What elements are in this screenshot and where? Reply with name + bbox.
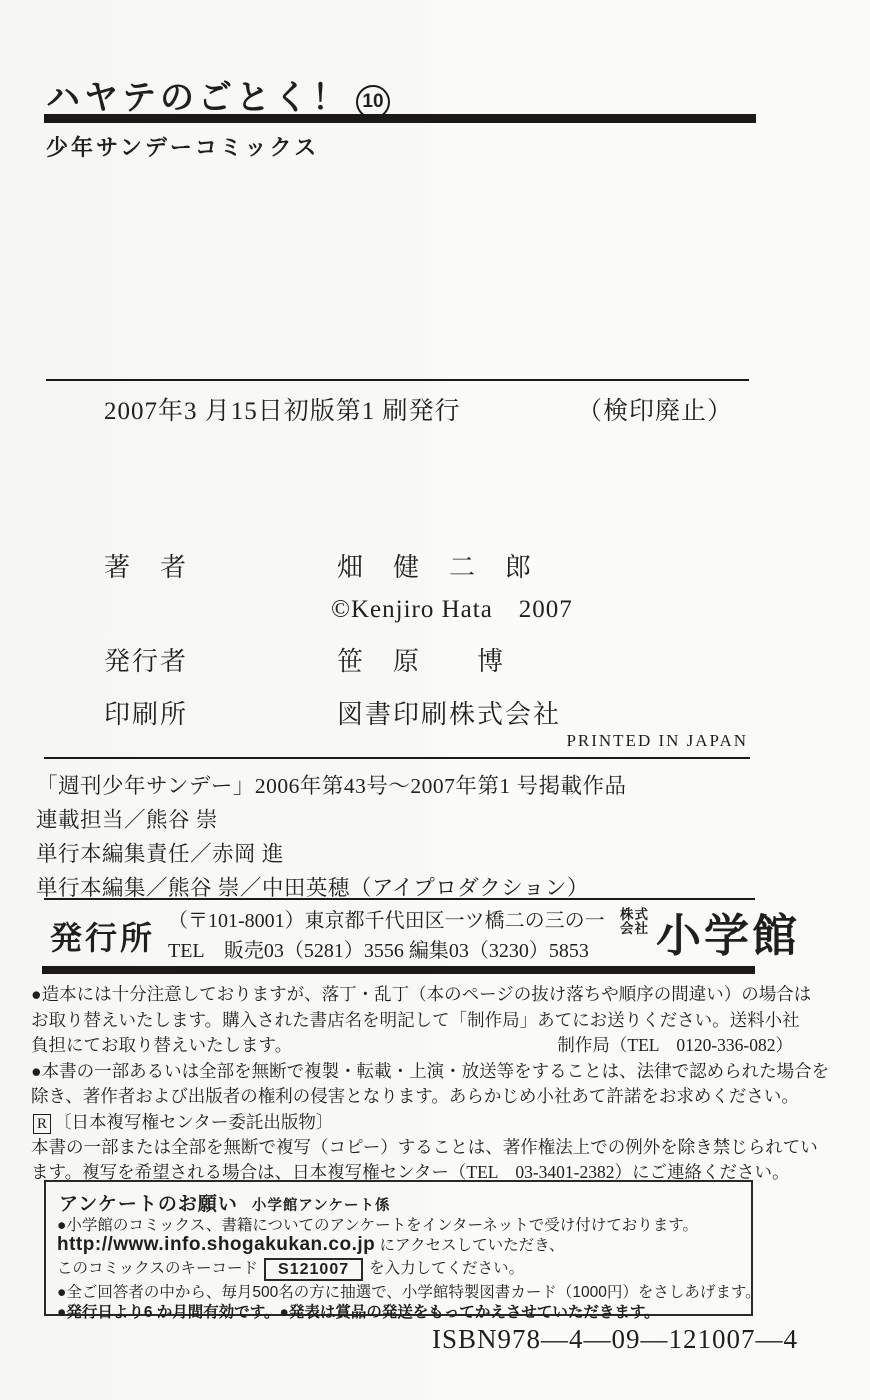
edition-note: （検印廃止）	[577, 391, 733, 427]
notice-copyright-line1: ●本書の一部あるいは全部を無断で複製・転載・上演・放送等をすることは、法律で認め…	[31, 1058, 829, 1083]
survey-intro-line: ●小学館のコミックス、書籍についてのアンケートをインターネットで受け付けておりま…	[57, 1213, 698, 1235]
corporation-type: 株式 会社	[620, 908, 649, 935]
colophon-page: ハヤテのごとく！10 少年サンデーコミックス 2007年3 月15日初版第1 刷…	[0, 0, 870, 1400]
serialization-line: 連載担当／熊谷 崇	[36, 803, 218, 834]
printer-name: 図書印刷株式会社	[337, 694, 561, 731]
series-label: 少年サンデーコミックス	[46, 131, 319, 162]
survey-title: アンケートのお願い	[59, 1194, 238, 1215]
survey-keycode-suffix: を入力してください。	[369, 1260, 524, 1277]
publisher-address: （〒101-8001）東京都千代田区一ツ橋二の三の一	[168, 904, 605, 933]
registered-r-box-icon: R	[33, 1114, 51, 1134]
notice-binding-line2: お取り替えいたします。購入された書店名を明記して「制作局」あてにお送りください。…	[31, 1007, 800, 1032]
publisher-rule-thick	[42, 966, 755, 974]
publisher-name: 笹 原 博	[337, 641, 505, 678]
printed-in-japan: PRINTED IN JAPAN	[560, 731, 748, 751]
survey-url-suffix: にアクセスしていただき、	[375, 1237, 564, 1254]
survey-validity-line: ●発行日より6 か月間有効です。●発表は賞品の発送をもってかえさせていただきます…	[57, 1300, 660, 1322]
survey-url-row: http://www.info.shogakukan.co.jp にアクセスして…	[57, 1233, 564, 1256]
copyright-line: ©Kenjiro Hata 2007	[331, 589, 573, 625]
publisher-tel: TEL 販売03（5281）3556 編集03（3230）5853	[168, 934, 589, 963]
survey-keycode-row: このコミックスのキーコードS121007を入力してください。	[57, 1256, 524, 1281]
edition-date: 2007年3 月15日初版第1 刷発行	[104, 391, 461, 427]
serialization-line: 「週刊少年サンデー」2006年第43号～2007年第1 号掲載作品	[36, 769, 627, 800]
book-title-text: ハヤテのごとく！	[46, 79, 350, 117]
author-name: 畑 健 二 郎	[337, 547, 533, 584]
notice-copyright-line2: 除き、著作者および出版者の権利の侵害となります。あらかじめ小社あて許諾をお求めく…	[31, 1083, 799, 1108]
survey-keycode-prefix: このコミックスのキーコード	[57, 1260, 258, 1277]
publishing-house-label: 発行所	[50, 913, 155, 959]
printer-label: 印刷所	[104, 694, 188, 731]
serialization-rule-top	[44, 757, 750, 759]
book-title: ハヤテのごとく！10	[46, 70, 390, 119]
notice-binding-line1: ●造本には十分注意しておりますが、落丁・乱丁（本のページの抜け落ちや順序の間違い…	[31, 981, 811, 1006]
survey-url: http://www.info.shogakukan.co.jp	[57, 1234, 375, 1255]
survey-request-box: アンケートのお願い小学館アンケート係 ●小学館のコミックス、書籍についてのアンケ…	[44, 1180, 753, 1316]
notice-production-bureau-tel: 制作局（TEL 0120-336-082）	[557, 1032, 793, 1057]
edition-rule	[46, 379, 749, 381]
publisher-company-name: 小学館	[656, 899, 800, 964]
reprography-center-label: 〔日本複写権センター委託出版物〕	[54, 1112, 333, 1132]
notice-reprography-mark: R〔日本複写権センター委託出版物〕	[33, 1109, 333, 1134]
publisher-label: 発行者	[104, 641, 188, 678]
survey-prize-line: ●全ご回答者の中から、毎月500名の方に抽選で、小学館特製図書カード（1000円…	[57, 1280, 761, 1302]
corporation-type-bottom: 会社	[620, 922, 649, 936]
notice-binding-line3: 負担にてお取り替えいたします。 制作局（TEL 0120-336-082）	[31, 1032, 793, 1057]
survey-title-row: アンケートのお願い小学館アンケート係	[59, 1189, 391, 1216]
notice-photocopy-line1: 本書の一部または全部を無断で複写（コピー）することは、著作権法上での例外を除き禁…	[31, 1134, 818, 1159]
notice-binding-line3-left: 負担にてお取り替えいたします。	[31, 1032, 292, 1057]
author-label: 著 者	[104, 547, 188, 584]
survey-department: 小学館アンケート係	[252, 1198, 391, 1214]
survey-keycode-value: S121007	[264, 1258, 363, 1281]
corporation-type-top: 株式	[620, 908, 649, 922]
isbn-number: ISBN978―4―09―121007―4	[432, 1324, 798, 1355]
serialization-rule-bottom	[44, 898, 755, 900]
serialization-line: 単行本編集責任／赤岡 進	[36, 837, 284, 868]
title-rule	[44, 114, 756, 123]
